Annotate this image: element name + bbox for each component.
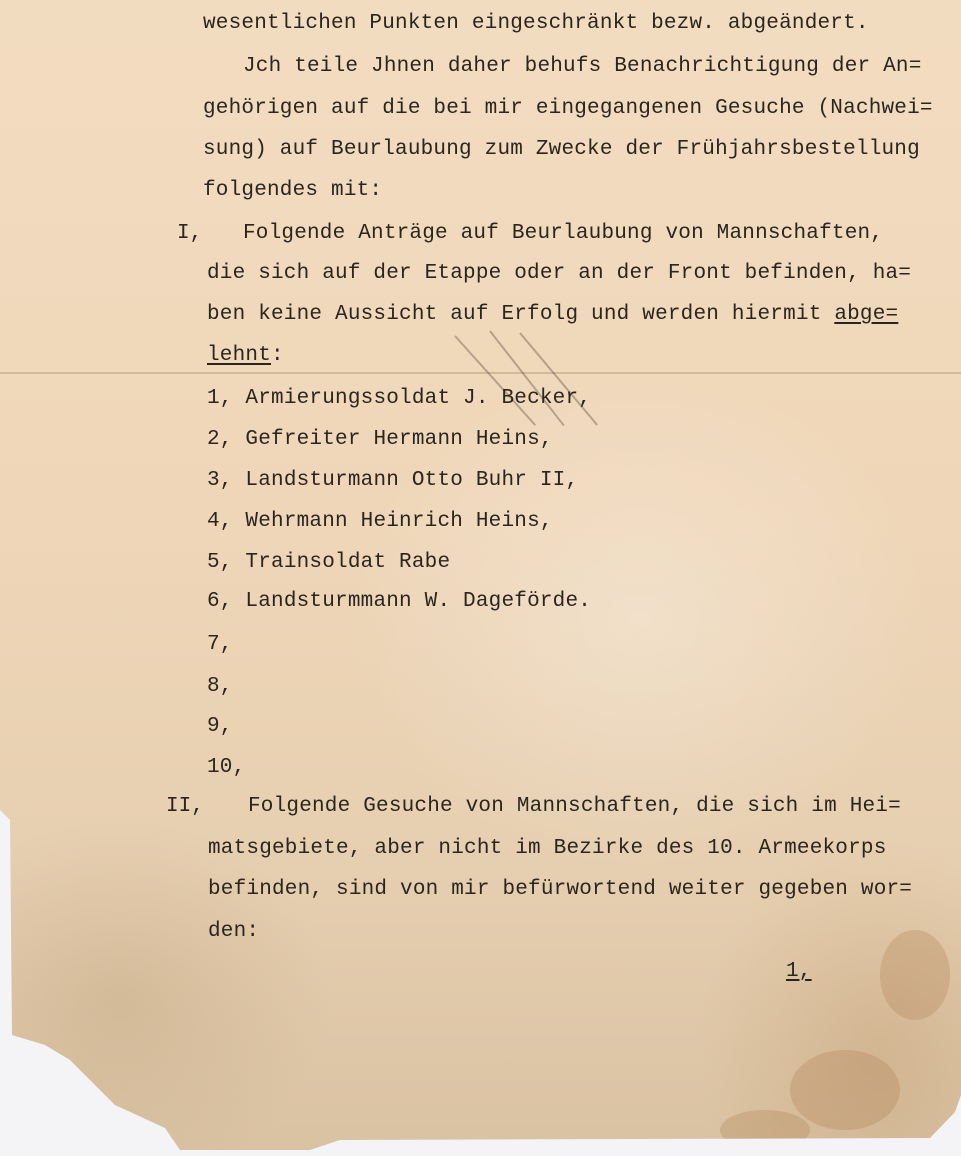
intro-line-4: sung) auf Beurlaubung zum Zwecke der Frü…: [203, 138, 920, 161]
list-item: 6, Landsturmmann W. Dageförde.: [207, 590, 591, 613]
colon: :: [271, 344, 284, 367]
section-1-line-3-text: ben keine Aussicht auf Erfolg und werden…: [207, 303, 834, 326]
stamp-mark: [454, 335, 536, 426]
list-item: 1, Armierungssoldat J. Becker,: [207, 387, 591, 410]
list-item: 7,: [207, 633, 233, 656]
list-text: Landsturmann Otto Buhr II,: [245, 469, 578, 492]
list-number: 1,: [207, 387, 233, 410]
section-2-line-3: befinden, sind von mir befürwortend weit…: [208, 878, 912, 901]
stamp-mark: [489, 330, 564, 426]
list-item: 3, Landsturmann Otto Buhr II,: [207, 469, 578, 492]
list-item: 5, Trainsoldat Rabe: [207, 551, 450, 574]
section-2-line-2: matsgebiete, aber nicht im Bezirke des 1…: [208, 837, 887, 860]
list-text: Wehrmann Heinrich Heins,: [245, 510, 552, 533]
section-1-line-1: Folgende Anträge auf Beurlaubung von Man…: [243, 222, 883, 245]
list-number: 6,: [207, 590, 233, 613]
intro-line-5: folgendes mit:: [203, 179, 382, 202]
section-2-line-1: Folgende Gesuche von Mannschaften, die s…: [248, 795, 901, 818]
section-2-line-4: den:: [208, 920, 259, 943]
list-text: Landsturmmann W. Dageförde.: [245, 590, 591, 613]
list-text: Gefreiter Hermann Heins,: [245, 428, 552, 451]
rejected-keyword-cont: lehnt: [207, 344, 271, 367]
list-item: 2, Gefreiter Hermann Heins,: [207, 428, 553, 451]
section-1-numeral: I,: [177, 222, 202, 245]
list-number: 8,: [207, 675, 233, 698]
water-stain: [720, 1110, 810, 1150]
list-number: 3,: [207, 469, 233, 492]
page-continuation-marker: 1,: [782, 960, 816, 983]
list-item: 4, Wehrmann Heinrich Heins,: [207, 510, 553, 533]
fold-crease: [0, 372, 961, 374]
list-item: 10,: [207, 756, 245, 779]
document-page: wesentlichen Punkten eingeschränkt bezw.…: [0, 0, 961, 1156]
list-text: Trainsoldat Rabe: [245, 551, 450, 574]
stamp-mark: [519, 332, 598, 425]
list-number: 5,: [207, 551, 233, 574]
water-stain: [790, 1050, 900, 1130]
list-number: 7,: [207, 633, 233, 656]
list-number: 9,: [207, 715, 233, 738]
section-1-line-4: lehnt:: [207, 344, 284, 367]
list-item: 9,: [207, 715, 233, 738]
list-number: 10,: [207, 756, 245, 779]
water-stain: [880, 930, 950, 1020]
section-2-numeral: II,: [166, 795, 204, 818]
list-number: 4,: [207, 510, 233, 533]
intro-line-2: Jch teile Jhnen daher behufs Benachricht…: [243, 55, 922, 78]
list-text: Armierungssoldat J. Becker,: [245, 387, 591, 410]
list-item: 8,: [207, 675, 233, 698]
intro-line-1: wesentlichen Punkten eingeschränkt bezw.…: [203, 12, 869, 35]
list-number: 2,: [207, 428, 233, 451]
section-1-line-2: die sich auf der Etappe oder an der Fron…: [207, 262, 911, 285]
rejected-keyword: abge=: [834, 303, 898, 326]
intro-line-3: gehörigen auf die bei mir eingegangenen …: [203, 97, 933, 120]
section-1-line-3: ben keine Aussicht auf Erfolg und werden…: [207, 303, 898, 326]
